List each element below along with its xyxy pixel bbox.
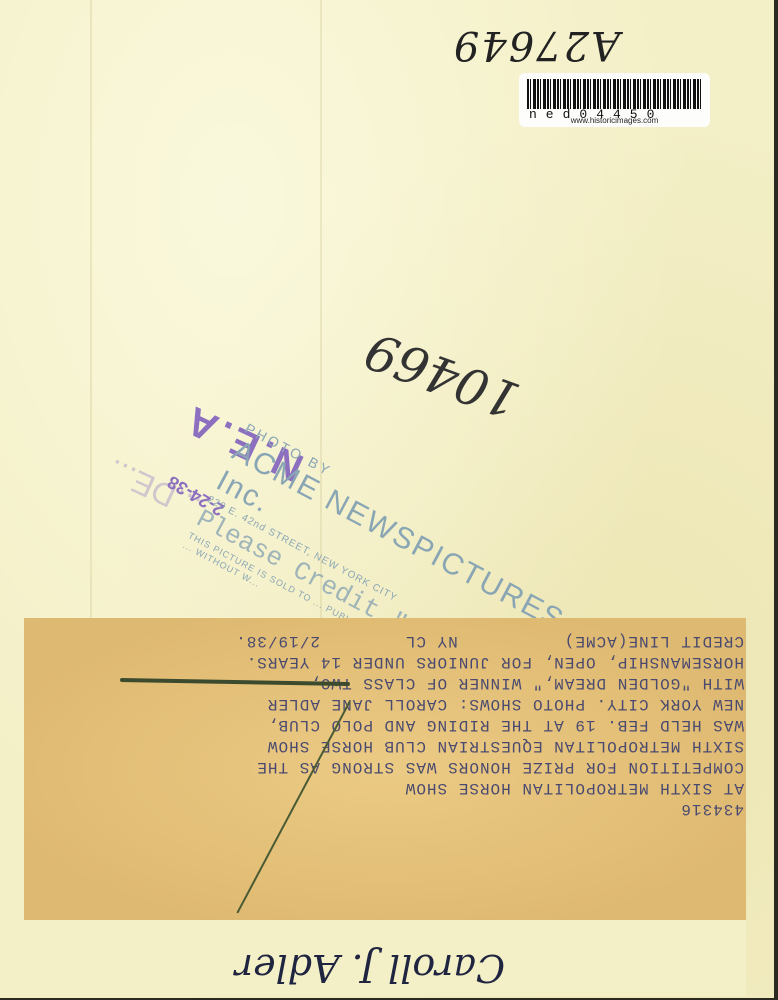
caption-line: NEW YORK CITY. PHOTO SHOWS: CAROLL JANE …: [124, 693, 744, 714]
caption-line: AT SIXTH METROPOLITAN HORSE SHOW: [124, 777, 744, 798]
caption-line: CREDIT LINE(ACME) NY CL 2/19/38.: [124, 630, 744, 651]
caption-line: COMPETITION FOR PRIZE HONORS WAS STRONG …: [124, 756, 744, 777]
caption-slip: 434316AT SIXTH METROPOLITAN HORSE SHOWCO…: [24, 618, 746, 920]
barcode-url: www.historicimages.com: [519, 116, 710, 125]
barcode-label: ned04450 www.historicimages.com: [519, 73, 710, 127]
caption-text: 434316AT SIXTH METROPOLITAN HORSE SHOWCO…: [124, 630, 744, 819]
photo-verso-sheet: A27649 ned04450 www.historicimages.com 1…: [0, 0, 774, 998]
handwritten-inventory-number: A27649: [420, 8, 620, 68]
caption-number: 434316: [124, 798, 744, 819]
caption-line: HORSEMANSHIP, OPEN, FOR JUNIORS UNDER 14…: [124, 651, 744, 672]
pencil-mark: 10469: [329, 271, 542, 430]
signature: Caroll J. Adler: [180, 930, 560, 990]
barcode-icon: [527, 79, 702, 109]
caption-line: WAS HELD FEB. 19 AT THE RIDING AND POLO …: [124, 714, 744, 735]
caption-line: SIXTH METROPOLITAN EQUESTRIAN CLUB HORSE…: [124, 735, 744, 756]
paper-crease: [90, 0, 92, 620]
